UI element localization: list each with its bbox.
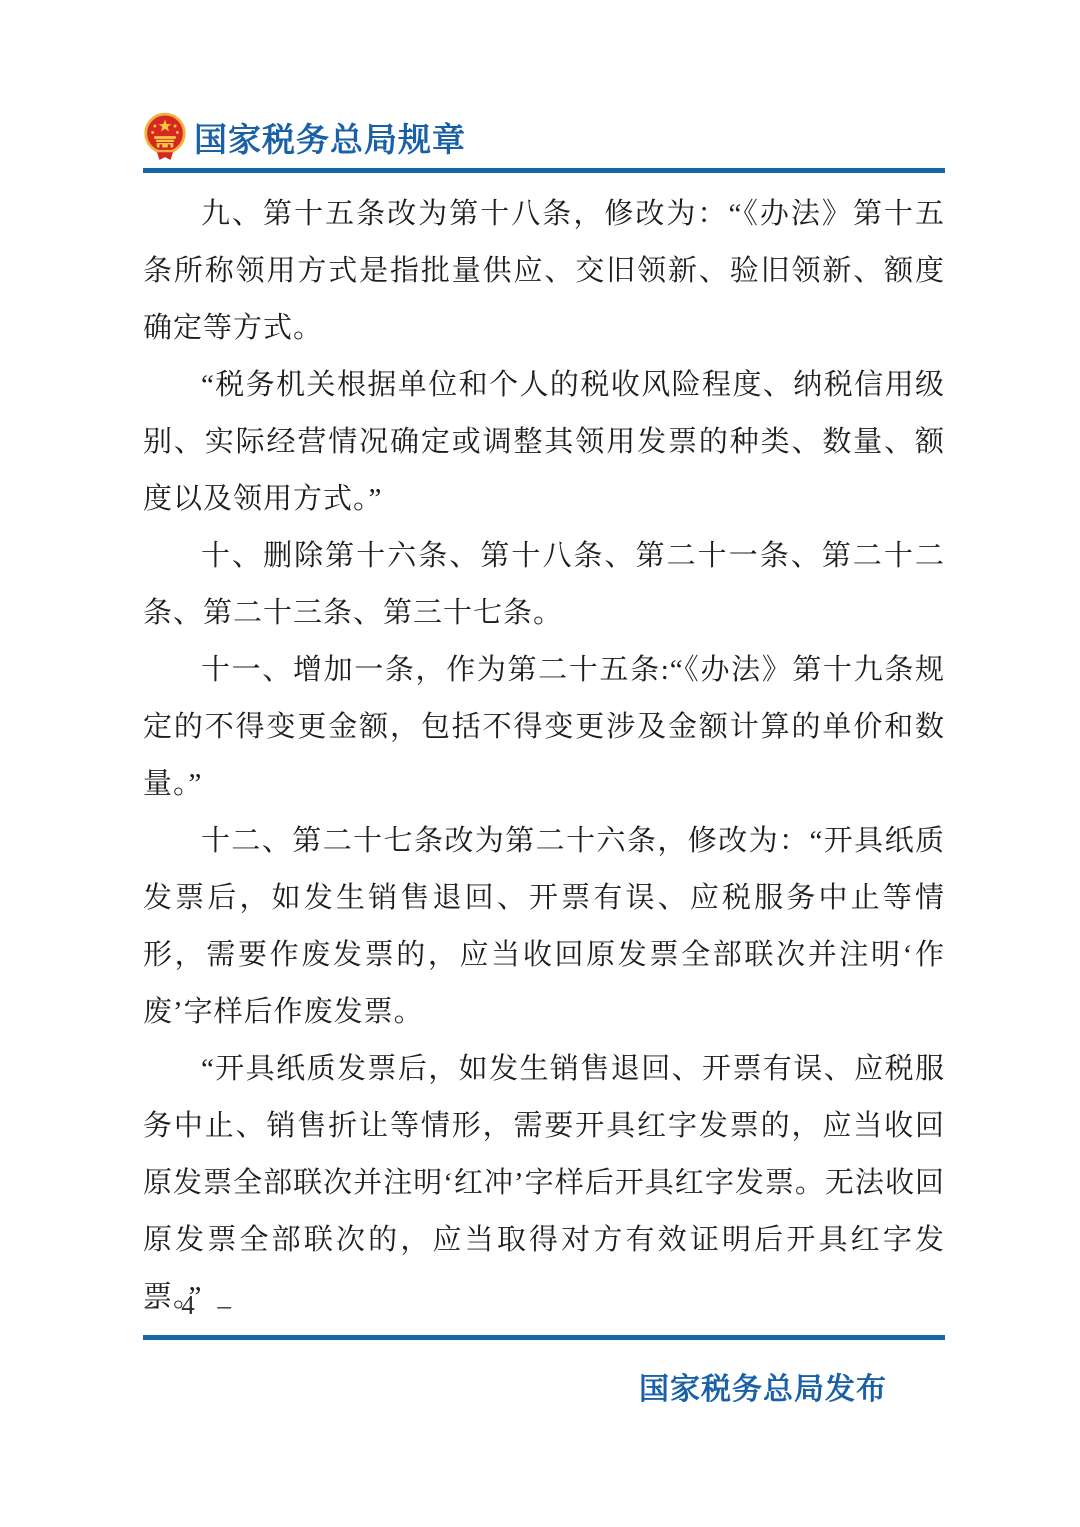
paragraph: 九、第十五条改为第十八条，修改为：“《办法》第十五条所称领用方式是指批量供应、交… xyxy=(143,186,945,357)
paragraph: 十、删除第十六条、第十八条、第二十一条、第二十二条、第二十三条、第三十七条。 xyxy=(143,528,945,642)
document-header: 国家税务总局规章 xyxy=(143,112,466,162)
publisher-label: 国家税务总局发布 xyxy=(143,1364,945,1408)
page-title: 国家税务总局规章 xyxy=(194,114,466,161)
national-emblem-icon xyxy=(143,112,187,162)
paragraph: “开具纸质发票后，如发生销售退回、开票有误、应税服务中止、销售折让等情形，需要开… xyxy=(143,1041,945,1326)
header-divider xyxy=(143,168,945,173)
page-number: – 4 – xyxy=(145,1290,239,1321)
paragraph: “税务机关根据单位和个人的税收风险程度、纳税信用级别、实际经营情况确定或调整其领… xyxy=(143,357,945,528)
footer-divider xyxy=(143,1335,945,1340)
document-page: 国家税务总局规章 九、第十五条改为第十八条，修改为：“《办法》第十五条所称领用方… xyxy=(0,0,1080,1527)
document-body: 九、第十五条改为第十八条，修改为：“《办法》第十五条所称领用方式是指批量供应、交… xyxy=(143,186,945,1326)
paragraph: 十一、增加一条，作为第二十五条:“《办法》第十九条规定的不得变更金额，包括不得变… xyxy=(143,642,945,813)
paragraph: 十二、第二十七条改为第二十六条，修改为：“开具纸质发票后，如发生销售退回、开票有… xyxy=(143,813,945,1041)
